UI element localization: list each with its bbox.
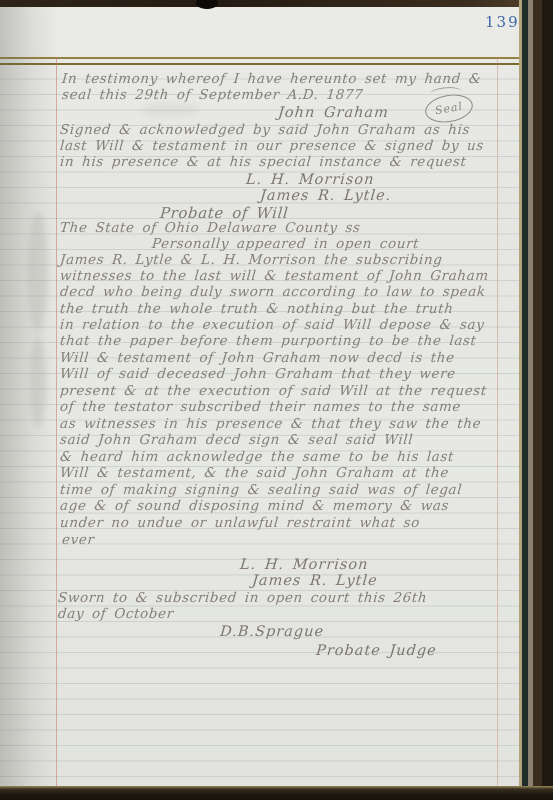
manuscript-line: in his presence & at his special instanc… bbox=[59, 155, 467, 170]
manuscript-line: present & at the execution of said Will … bbox=[59, 384, 487, 399]
manuscript-line: & heard him acknowledge the same to be h… bbox=[59, 450, 454, 465]
manuscript-text: In testimony whereof I have hereunto set… bbox=[0, 7, 519, 786]
manuscript-line: D.B.Sprague bbox=[219, 625, 324, 641]
book-edge-brown bbox=[533, 0, 542, 800]
manuscript-line: last Will & testament in our presence & … bbox=[59, 139, 484, 154]
manuscript-line: L. H. Morrison bbox=[239, 558, 369, 574]
manuscript-line: Will of said deceased John Graham that t… bbox=[59, 367, 456, 382]
manuscript-line: under no undue or unlawful restraint wha… bbox=[59, 516, 420, 531]
seal-label: Seal bbox=[434, 100, 464, 118]
manuscript-line: said John Graham decd sign & seal said W… bbox=[59, 433, 413, 448]
manuscript-line: age & of sound disposing mind & memory &… bbox=[59, 499, 449, 514]
manuscript-line: as witnesses in his presence & that they… bbox=[59, 417, 481, 432]
manuscript-line: Personally appeared in open court bbox=[151, 237, 419, 252]
manuscript-line: John Graham bbox=[277, 106, 389, 122]
manuscript-line: Will & testament, & the said John Graham… bbox=[59, 466, 449, 481]
manuscript-line: Probate Judge bbox=[315, 644, 437, 660]
manuscript-line: witnesses to the last will & testament o… bbox=[59, 269, 489, 284]
manuscript-line: of the testator subscribed their names t… bbox=[59, 400, 461, 415]
scanned-ledger-page: 139 In testimony whereof I have hereunto… bbox=[0, 0, 553, 800]
manuscript-line: Signed & acknowledged by said John Graha… bbox=[59, 123, 470, 138]
manuscript-line: In testimony whereof I have hereunto set… bbox=[61, 72, 482, 87]
manuscript-line: Sworn to & subscribed in open court this… bbox=[57, 591, 427, 606]
manuscript-line: seal this 29th of September A.D. 1877 bbox=[61, 88, 364, 103]
manuscript-line: L. H. Morrison bbox=[245, 173, 375, 189]
manuscript-line: decd who being duly sworn according to l… bbox=[59, 285, 486, 300]
book-edge-top bbox=[0, 0, 553, 7]
manuscript-line: in relation to the execution of said Wil… bbox=[59, 318, 485, 333]
book-edge-bottom bbox=[0, 786, 553, 800]
book-edge-dark bbox=[542, 0, 553, 800]
manuscript-line: that the paper before them purporting to… bbox=[59, 334, 477, 349]
manuscript-line: day of October bbox=[57, 607, 174, 622]
manuscript-line: the truth the whole truth & nothing but … bbox=[59, 302, 454, 317]
manuscript-line: James R. Lytle & L. H. Morrison the subs… bbox=[59, 253, 443, 268]
manuscript-line: James R. Lytle bbox=[251, 574, 378, 590]
manuscript-line: ever bbox=[61, 533, 95, 548]
ledger-paper: 139 In testimony whereof I have hereunto… bbox=[0, 7, 519, 786]
manuscript-line: The State of Ohio Delaware County ss bbox=[59, 221, 361, 236]
manuscript-line: Will & testament of John Graham now decd… bbox=[59, 351, 455, 366]
manuscript-line: time of making signing & sealing said wa… bbox=[59, 483, 462, 498]
manuscript-line: James R. Lytle. bbox=[259, 189, 392, 205]
